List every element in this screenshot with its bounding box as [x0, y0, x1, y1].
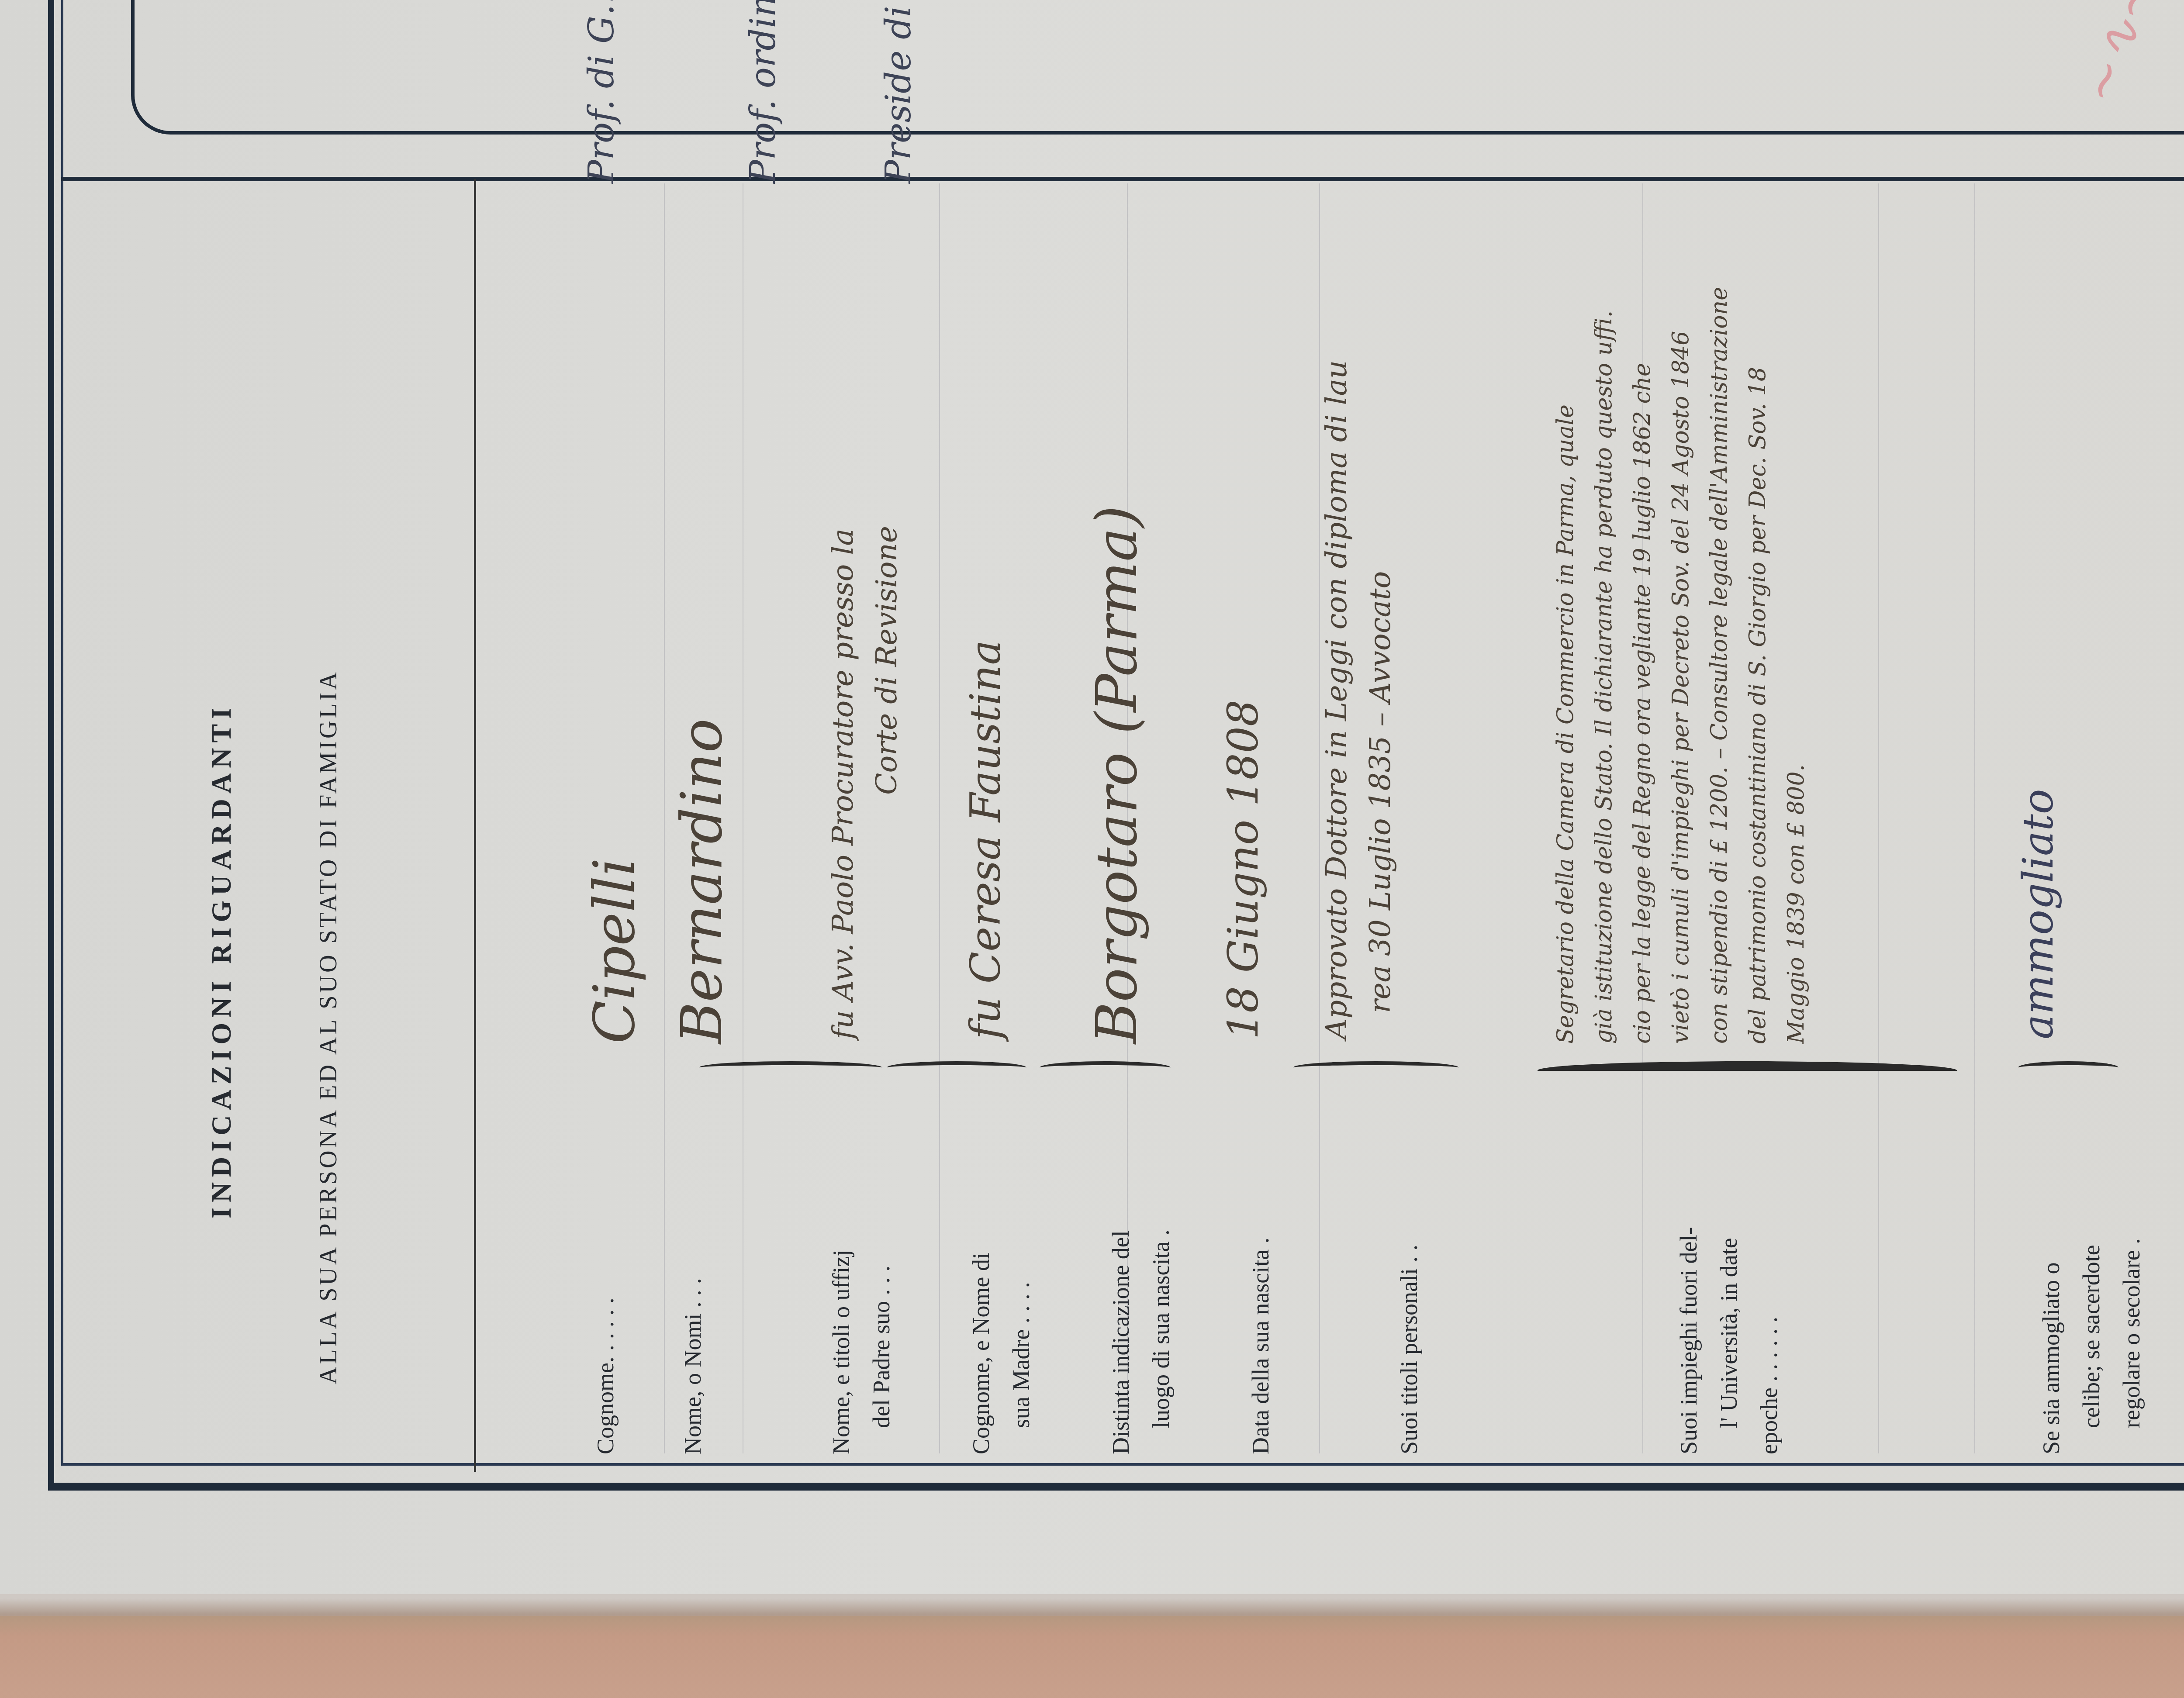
value-titoli: Approvato Dottore in Leggi con diploma d…: [1315, 360, 1402, 1039]
label-luogo-nascita: Distinta indicazione del luogo di sua na…: [1101, 1230, 1181, 1454]
fragment-text: Prof. ordin… comm…: [743, 0, 783, 183]
value-luogo-nascita: Borgotaro (Parma): [1083, 506, 1150, 1044]
value-stato-civile: ammogliato: [2014, 789, 2063, 1039]
label-cognome: Cognome. . . . . .: [585, 1298, 625, 1455]
value-madre: fu Ceresa Faustina: [961, 640, 1010, 1039]
fragment-text: Prof. di G… questa: [581, 0, 622, 183]
value-data-nascita: 18 Giugno 1808: [1219, 700, 1268, 1039]
fragment-text: Preside di Giur…: [878, 0, 919, 183]
ruled-line: [1974, 183, 1975, 1453]
label-data-nascita: Data della sua nascita .: [1241, 1238, 1281, 1454]
form-subtitle: ALLA SUA PERSONA ED AL SUO STATO DI FAMI…: [314, 670, 342, 1384]
label-impieghi: Suoi impieghi fuori del- l' Università, …: [1669, 1227, 1789, 1454]
brace-separator: [1293, 1061, 1459, 1074]
previous-section-border: [131, 0, 2184, 135]
value-impieghi: Segretario della Camera di Commercio in …: [1546, 287, 1815, 1044]
label-padre: Nome, e titoli o uffizj del Padre suo . …: [821, 1250, 902, 1454]
label-madre: Cognome, e Nome di sua Madre . . . .: [961, 1253, 1041, 1454]
ruled-line: [939, 183, 940, 1453]
folder-background: [0, 1616, 2184, 1698]
brace-separator: [1040, 1061, 1171, 1074]
brace-separator: [1538, 1061, 1957, 1080]
brace-separator: [699, 1061, 882, 1074]
brace-separator: [2018, 1061, 2118, 1074]
value-padre: fu Avv. Paolo Procuratore presso la Cort…: [821, 526, 909, 1039]
label-titoli: Suoi titoli personali . .: [1389, 1245, 1429, 1454]
form-title: INDICAZIONI RIGUARDANTI: [205, 703, 238, 1218]
value-nome: Bernardino: [668, 718, 735, 1044]
ruled-line: [1878, 183, 1879, 1453]
ruled-line: [743, 183, 743, 1453]
value-cognome: Cipelli: [581, 858, 647, 1044]
label-nome: Nome, o Nomi . . .: [673, 1278, 713, 1454]
label-column-rule: [474, 179, 476, 1472]
ruled-line: [664, 183, 665, 1453]
brace-separator: [887, 1061, 1026, 1074]
column-divider: [61, 177, 2184, 181]
label-stato-civile: Se sia ammogliato o celibe; se sacerdote…: [2031, 1238, 2152, 1454]
